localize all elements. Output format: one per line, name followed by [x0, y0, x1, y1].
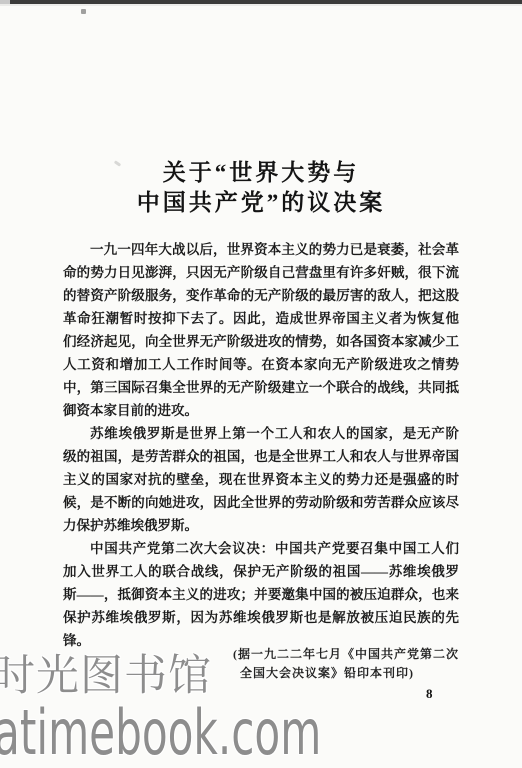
watermark-url: atimebook.com [0, 698, 321, 768]
scan-smudge [81, 9, 86, 14]
page-number: 8 [426, 686, 433, 702]
text-line: 保护苏维埃俄罗斯，因为苏维埃俄罗斯也是解放被压迫民族的先 [63, 606, 459, 629]
text-line: 中，第三国际召集全世界的无产阶级建立一个联合的战线，共同抵 [63, 376, 459, 399]
text-line: 御资本家目前的进攻。 [63, 399, 459, 422]
text-line: 苏维埃俄罗斯是世界上第一个工人和农人的国家，是无产阶 [63, 422, 459, 445]
source-citation-line-1: (据一九二二年七月《中国共产党第二次 [233, 645, 459, 662]
scanned-document-page: 关于“世界大势与 中国共产党”的议决案 一九一四年大战以后，世界资本主义的势力已… [0, 0, 522, 768]
text-line: 的替资产阶级服务，变作革命的无产阶级的最厉害的敌人，把这股 [63, 284, 459, 307]
text-line: 们经济起见，向全世界无产阶级进攻的情势，如各国资本家减少工 [63, 330, 459, 353]
document-body: 一九一四年大战以后，世界资本主义的势力已是衰萎，社会革 命的势力日见澎湃，只因无… [63, 238, 459, 652]
text-line: 主义的国家对抗的壁垒，现在世界资本主义的势力还是强盛的时 [63, 468, 459, 491]
text-line: 力保护苏维埃俄罗斯。 [63, 514, 459, 537]
source-citation-line-2: 全国大会决议案》铅印本刊印) [240, 664, 414, 681]
text-line: 级的祖国，是劳苦群众的祖国，也是全世界工人和农人与世界帝国 [63, 445, 459, 468]
document-title-line-1: 关于“世界大势与 [0, 158, 522, 188]
text-line: 一九一四年大战以后，世界资本主义的势力已是衰萎，社会革 [63, 238, 459, 261]
text-line: 加入世界工人的联合战线，保护无产阶级的祖国——苏维埃俄罗 [63, 560, 459, 583]
text-line: 命的势力日见澎湃，只因无产阶级自己营盘里有许多奸贼，很下流 [63, 261, 459, 284]
text-line: 候，是不断的向她进攻，因此全世界的劳动阶级和劳苦群众应该尽 [63, 491, 459, 514]
watermark-chinese: 时光图书馆 [0, 650, 212, 702]
document-title-line-2: 中国共产党”的议决案 [0, 188, 522, 218]
text-line: 斯——，抵御资本主义的进攻；并要邀集中国的被压迫群众，也来 [63, 583, 459, 606]
text-line: 中国共产党第二次大会议决：中国共产党要召集中国工人们 [63, 537, 459, 560]
text-line: 人工资和增加工人工作时间等。在资本家向无产阶级进攻之情势 [63, 353, 459, 376]
scan-top-edge-shadow [0, 4, 522, 6]
document-title: 关于“世界大势与 中国共产党”的议决案 [0, 158, 522, 218]
text-line: 革命狂潮暂时按抑下去了。因此，造成世界帝国主义者为恢复他 [63, 307, 459, 330]
